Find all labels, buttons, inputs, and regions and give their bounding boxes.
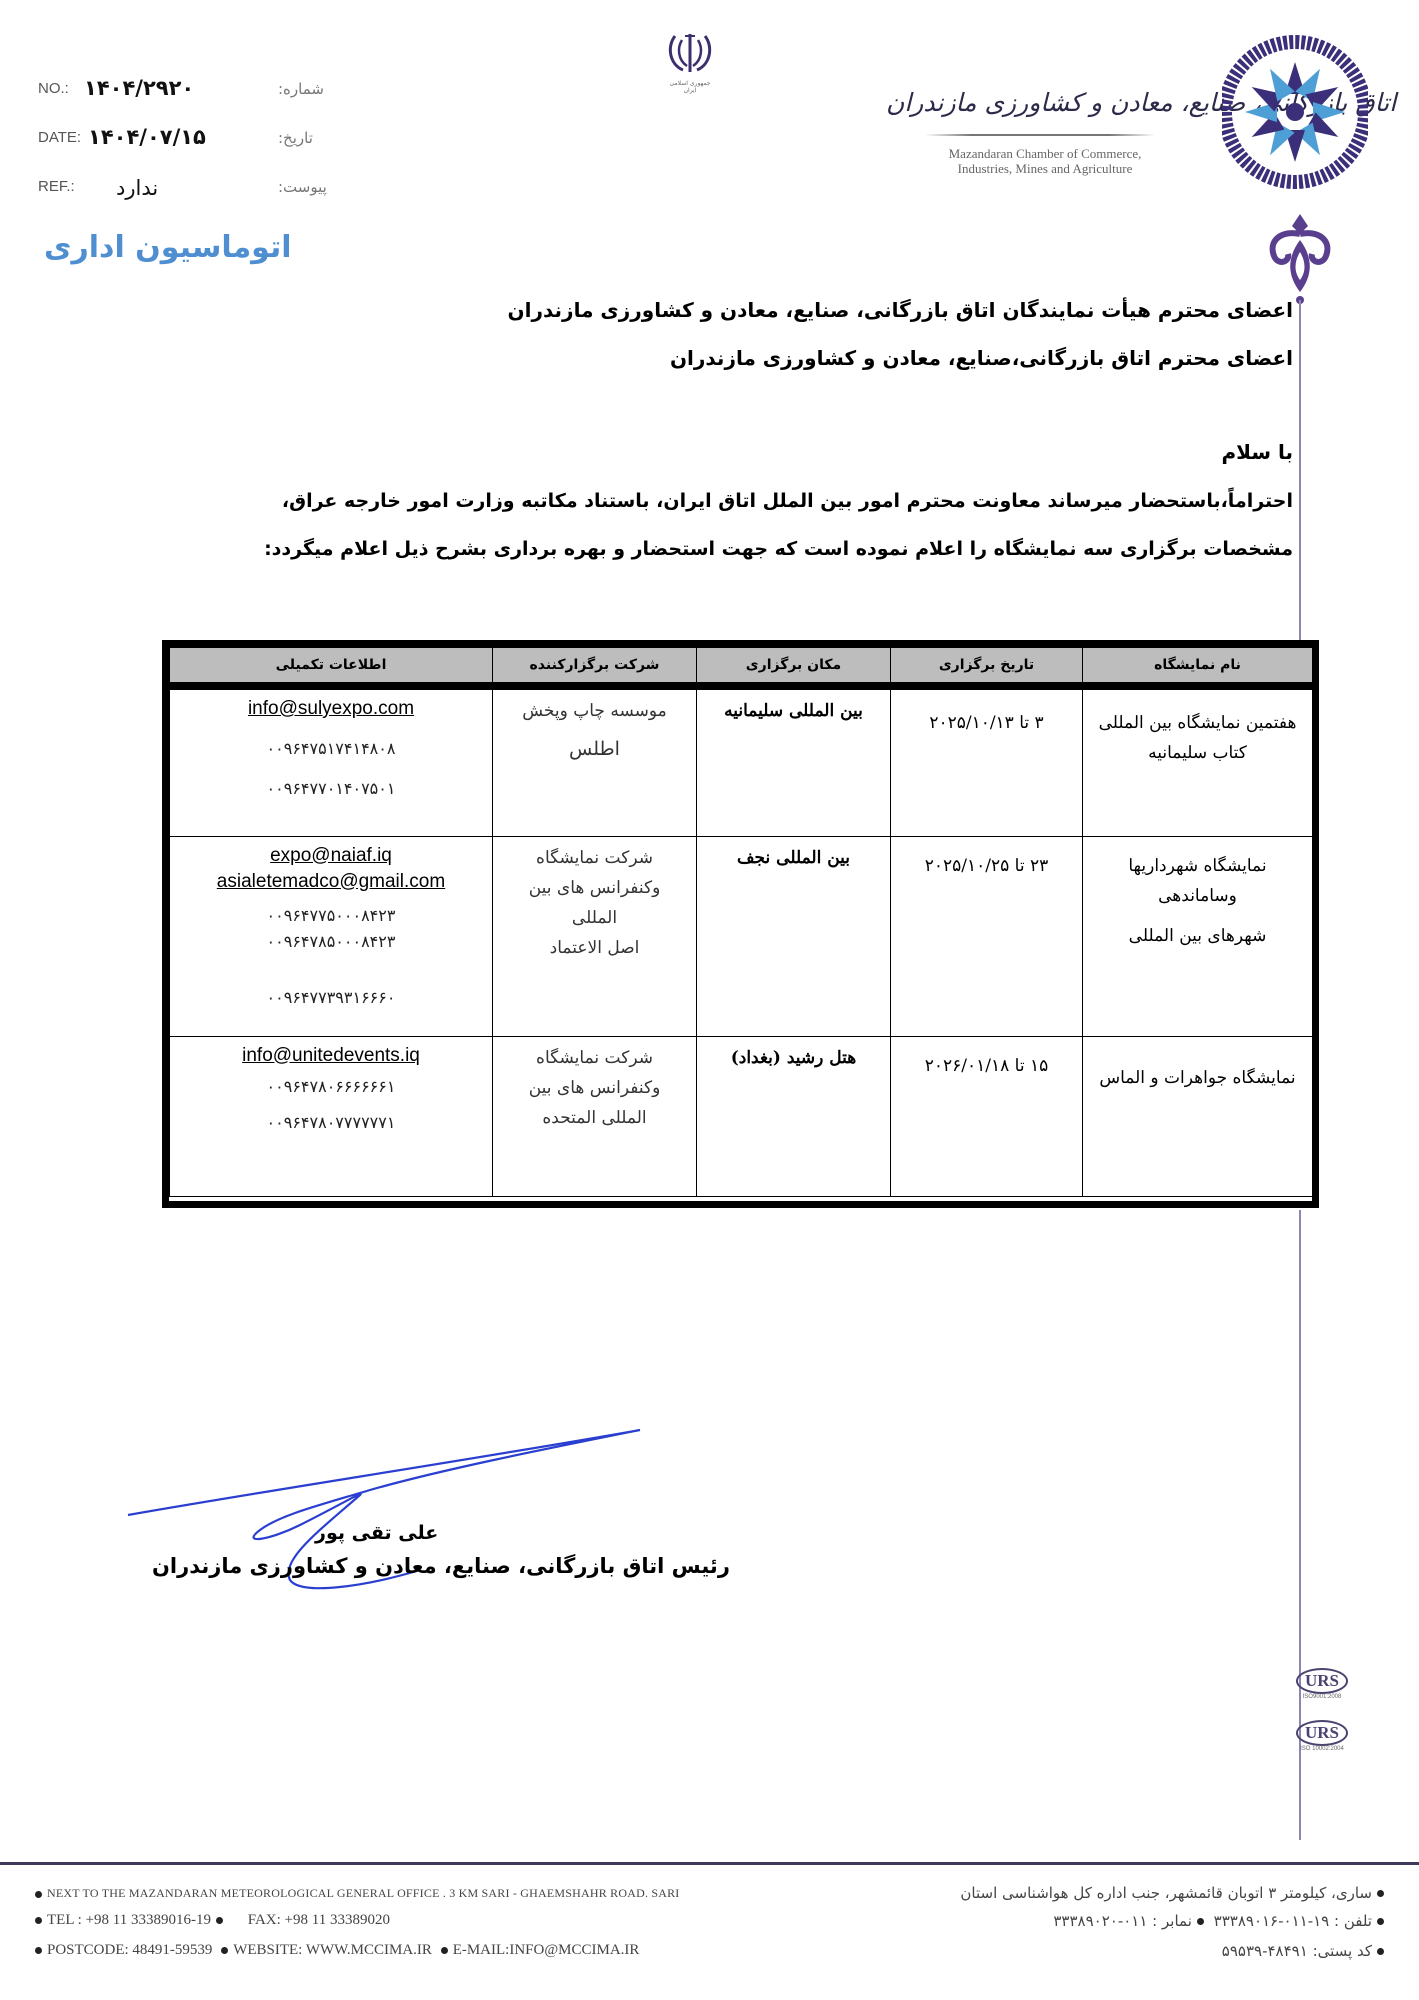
cell-date: ۳ تا ۲۰۲۵/۱۰/۱۳ xyxy=(891,686,1083,836)
iran-emblem: جمهوری اسلامی ایران xyxy=(665,30,715,90)
phone-number: ۰۰۹۶۴۷۷۵۰۰۰۸۴۲۳ xyxy=(174,903,488,929)
tel-en: TEL : +98 11 33389016-19 xyxy=(47,1912,211,1928)
footer-divider xyxy=(0,1862,1419,1865)
organizer-line2: اطلس xyxy=(497,734,692,764)
certification-iso10002: URS ISO 10002:2004 xyxy=(1282,1720,1362,1752)
phone-number: ۰۰۹۶۴۷۸۰۶۶۶۶۶۶۱ xyxy=(174,1069,488,1105)
phone-number: ۰۰۹۶۴۷۷۳۹۳۱۶۶۶۰ xyxy=(174,983,488,1013)
cert-caption: ISO9001:2008 xyxy=(1282,1694,1362,1700)
org-name-en-line2: Industries, Mines and Agriculture xyxy=(920,161,1170,176)
phone-number: ۰۰۹۶۴۷۵۱۷۴۱۴۸۰۸ xyxy=(174,734,488,764)
iran-emblem-icon xyxy=(665,30,715,74)
cell-extra-info: info@sulyexpo.com ۰۰۹۶۴۷۵۱۷۴۱۴۸۰۸ ۰۰۹۶۴۷… xyxy=(170,686,493,836)
footer-postcode-fa: کد پستی: ۴۸۴۹۱-۵۹۵۳۹ xyxy=(1222,1942,1389,1960)
signatory-name: علی تقی پور xyxy=(315,1522,438,1544)
letterhead-divider xyxy=(925,134,1155,136)
table-row: نمایشگاه جواهرات و الماس ۱۵ تا ۲۰۲۶/۰۱/۱… xyxy=(170,1036,1313,1196)
col-header-exhibition-name: نام نمایشگاه xyxy=(1083,648,1313,687)
tel-fa: تلفن : ۱۹-۰۱۱-۳۳۳۸۹۰۱۶ xyxy=(1214,1912,1372,1930)
bullet-icon xyxy=(35,1917,42,1924)
date-label-en: DATE: xyxy=(38,129,81,146)
phone-number: ۰۰۹۶۴۷۷۰۱۴۰۷۵۰۱ xyxy=(174,774,488,804)
organizer-line2: وکنفرانس های بین xyxy=(497,1073,692,1103)
organizer-line1: شرکت نمایشگاه xyxy=(497,843,692,873)
body-line-1: احتراماً،باستحضار میرساند معاونت محترم ا… xyxy=(282,490,1293,512)
postcode-fa: کد پستی: ۴۸۴۹۱-۵۹۵۳۹ xyxy=(1222,1942,1372,1960)
phone-number: ۰۰۹۶۴۷۸۵۰۰۰۸۴۲۳ xyxy=(174,929,488,955)
table-row: هفتمین نمایشگاه بین المللی کتاب سلیمانیه… xyxy=(170,686,1313,836)
col-header-date: تاریخ برگزاری xyxy=(891,648,1083,687)
signatory-title: رئیس اتاق بازرگانی، صنایع، معادن و کشاور… xyxy=(152,1554,730,1578)
cert-caption: ISO 10002:2004 xyxy=(1282,1746,1362,1752)
bullet-icon xyxy=(1377,1918,1384,1925)
urs-mark: URS xyxy=(1296,1720,1348,1746)
bullet-icon xyxy=(441,1947,448,1954)
exhibition-name-line2: شهرهای بین المللی xyxy=(1087,921,1308,951)
chamber-logo-icon xyxy=(1222,32,1368,202)
organizer-line2: وکنفرانس های بین xyxy=(497,873,692,903)
exhibition-name-line1: نمایشگاه شهرداریها وساماندهی xyxy=(1087,851,1308,911)
ornament-icon xyxy=(1262,212,1338,312)
bullet-icon xyxy=(216,1917,223,1924)
bullet-icon xyxy=(35,1891,42,1898)
recipient-line-1: اعضای محترم هیأت نمایندگان اتاق بازرگانی… xyxy=(508,298,1293,322)
footer-contact-fa: تلفن : ۱۹-۰۱۱-۳۳۳۸۹۰۱۶ نمابر : ۰۱۱-۳۳۳۸۹… xyxy=(1053,1912,1389,1930)
date-label-fa: تاریخ: xyxy=(278,129,313,147)
footer-address-fa: ساری، کیلومتر ۳ اتوبان قائمشهر، جنب ادار… xyxy=(960,1884,1389,1902)
org-name-en: Mazandaran Chamber of Commerce, Industri… xyxy=(920,146,1170,176)
email-link[interactable]: info@unitedevents.iq xyxy=(174,1043,488,1069)
postcode-en: POSTCODE: 48491-59539 xyxy=(47,1942,212,1958)
ref-label-fa: پیوست: xyxy=(278,178,327,196)
body-line-2: مشخصات برگزاری سه نمایشگاه را اعلام نمود… xyxy=(264,538,1293,560)
recipient-line-2: اعضای محترم اتاق بازرگانی،صنایع، معادن و… xyxy=(670,346,1293,370)
bullet-icon xyxy=(221,1947,228,1954)
bullet-icon xyxy=(1197,1918,1204,1925)
ornament xyxy=(1262,212,1338,312)
chamber-logo xyxy=(1222,32,1368,202)
margin-rule-upper xyxy=(1299,300,1301,640)
exhibition-name-line2: کتاب سلیمانیه xyxy=(1087,738,1308,768)
exhibitions-grid: نام نمایشگاه تاریخ برگزاری مکان برگزاری … xyxy=(169,647,1313,1197)
cell-organizer: شرکت نمایشگاه وکنفرانس های بین المللی اص… xyxy=(493,836,697,1036)
fax-en: FAX: +98 11 33389020 xyxy=(248,1912,390,1928)
fax-fa: نمابر : ۰۱۱-۳۳۳۸۹۰۲۰ xyxy=(1053,1912,1192,1930)
letter-number: ۱۴۰۴/۲۹۲۰ xyxy=(84,76,194,100)
cell-organizer: شرکت نمایشگاه وکنفرانس های بین المللی ال… xyxy=(493,1036,697,1196)
cell-exhibition-name: نمایشگاه جواهرات و الماس xyxy=(1083,1036,1313,1196)
bullet-icon xyxy=(35,1947,42,1954)
exhibitions-table: نام نمایشگاه تاریخ برگزاری مکان برگزاری … xyxy=(162,640,1319,1208)
cell-date: ۱۵ تا ۲۰۲۶/۰۱/۱۸ xyxy=(891,1036,1083,1196)
email-link[interactable]: info@sulyexpo.com xyxy=(174,696,488,722)
table-header-row: نام نمایشگاه تاریخ برگزاری مکان برگزاری … xyxy=(170,648,1313,687)
col-header-organizer: شرکت برگزارکننده xyxy=(493,648,697,687)
attachment-value: ندارد xyxy=(116,176,158,200)
ref-label-en: REF.: xyxy=(38,178,75,195)
number-label-en: NO.: xyxy=(38,80,69,97)
greeting: با سلام xyxy=(1222,440,1294,464)
cell-location: بین المللی سلیمانیه xyxy=(697,686,891,836)
col-header-location: مکان برگزاری xyxy=(697,648,891,687)
col-header-extra-info: اطلاعات تکمیلی xyxy=(170,648,493,687)
email-link[interactable]: asialetemadco@gmail.com xyxy=(174,869,488,895)
address-en-text: NEXT TO THE MAZANDARAN METEOROLOGICAL GE… xyxy=(47,1886,680,1900)
org-name-en-line1: Mazandaran Chamber of Commerce, xyxy=(920,146,1170,161)
certification-iso9001: URS ISO9001:2008 xyxy=(1282,1668,1362,1700)
cell-exhibition-name: نمایشگاه شهرداریها وساماندهی شهرهای بین … xyxy=(1083,836,1313,1036)
footer-contact-en: TEL : +98 11 33389016-19 FAX: +98 11 333… xyxy=(30,1912,390,1929)
table-row: نمایشگاه شهرداریها وساماندهی شهرهای بین … xyxy=(170,836,1313,1036)
organizer-line1: موسسه چاپ وپخش xyxy=(497,696,692,726)
phone-number: ۰۰۹۶۴۷۸۰۷۷۷۷۷۷۱ xyxy=(174,1105,488,1141)
organizer-line3: المللی المتحده xyxy=(497,1103,692,1133)
number-label-fa: شماره: xyxy=(278,80,324,98)
cell-date: ۲۳ تا ۲۰۲۵/۱۰/۲۵ xyxy=(891,836,1083,1036)
footer-web-en: POSTCODE: 48491-59539 WEBSITE: WWW.MCCIM… xyxy=(30,1942,639,1959)
cell-exhibition-name: هفتمین نمایشگاه بین المللی کتاب سلیمانیه xyxy=(1083,686,1313,836)
website-link[interactable]: WEBSITE: WWW.MCCIMA.IR xyxy=(233,1942,432,1958)
organizer-line1: شرکت نمایشگاه xyxy=(497,1043,692,1073)
office-automation-stamp: اتوماسیون اداری xyxy=(44,230,292,265)
cell-extra-info: info@unitedevents.iq ۰۰۹۶۴۷۸۰۶۶۶۶۶۶۱ ۰۰۹… xyxy=(170,1036,493,1196)
email-link[interactable]: expo@naiaf.iq xyxy=(174,843,488,869)
exhibition-name-line1: هفتمین نمایشگاه بین المللی xyxy=(1087,708,1308,738)
emblem-caption: جمهوری اسلامی ایران xyxy=(665,80,715,94)
bullet-icon xyxy=(1377,1948,1384,1955)
organizer-line4: اصل الاعتماد xyxy=(497,933,692,963)
bullet-icon xyxy=(1377,1890,1384,1897)
organizer-line3: المللی xyxy=(497,903,692,933)
address-fa-text: ساری، کیلومتر ۳ اتوبان قائمشهر، جنب ادار… xyxy=(960,1884,1372,1902)
letter-date: ۱۴۰۴/۰۷/۱۵ xyxy=(88,125,206,149)
cell-organizer: موسسه چاپ وپخش اطلس xyxy=(493,686,697,836)
cell-location: هتل رشید (بغداد) xyxy=(697,1036,891,1196)
footer-address-en: NEXT TO THE MAZANDARAN METEOROLOGICAL GE… xyxy=(30,1886,680,1901)
urs-mark: URS xyxy=(1296,1668,1348,1694)
email-en-link[interactable]: E-MAIL:INFO@MCCIMA.IR xyxy=(453,1942,640,1958)
cell-extra-info: expo@naiaf.iq asialetemadco@gmail.com ۰۰… xyxy=(170,836,493,1036)
cell-location: بین المللی نجف xyxy=(697,836,891,1036)
